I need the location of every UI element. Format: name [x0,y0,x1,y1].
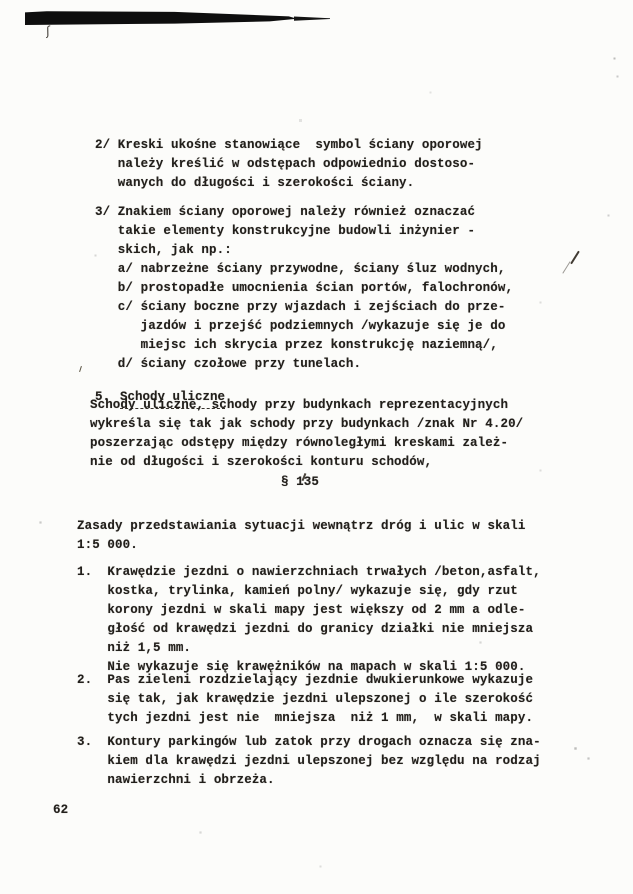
paragraph-135-item-1: 1. Krawędzie jezdni o nawierzchniach trw… [77,563,541,677]
paragraph-135-intro: Zasady przedstawiania sytuacji wewnątrz … [77,517,525,555]
paragraph-135-heading: § 135 [77,473,523,492]
scanned-document-page: ʃ 2/ Kreski ukośne stanowiące symbol ści… [0,0,633,894]
scan-artifact-top-bar [25,11,297,25]
paragraph-135-item-2: 2. Pas zieleni rozdzielający jezdnie dwu… [77,671,533,728]
scan-artifact-stray-mark [570,251,580,265]
list-item-3-retaining-wall-sign: 3/ Znakiem ściany oporowej należy równie… [95,203,513,374]
list-item-2-retaining-wall-hatching: 2/ Kreski ukośne stanowiące symbol ścian… [95,136,483,193]
scan-noise-specks [0,0,1,1]
page-number: 62 [53,801,68,820]
paragraph-135-item-3: 3. Kontury parkingów lub zatok przy drog… [77,733,541,790]
scan-artifact-top-bar-tail [294,16,330,21]
scan-artifact-squiggle: ʃ [45,24,52,39]
section-5-body: Schody uliczne, schody przy budynkach re… [90,396,523,472]
